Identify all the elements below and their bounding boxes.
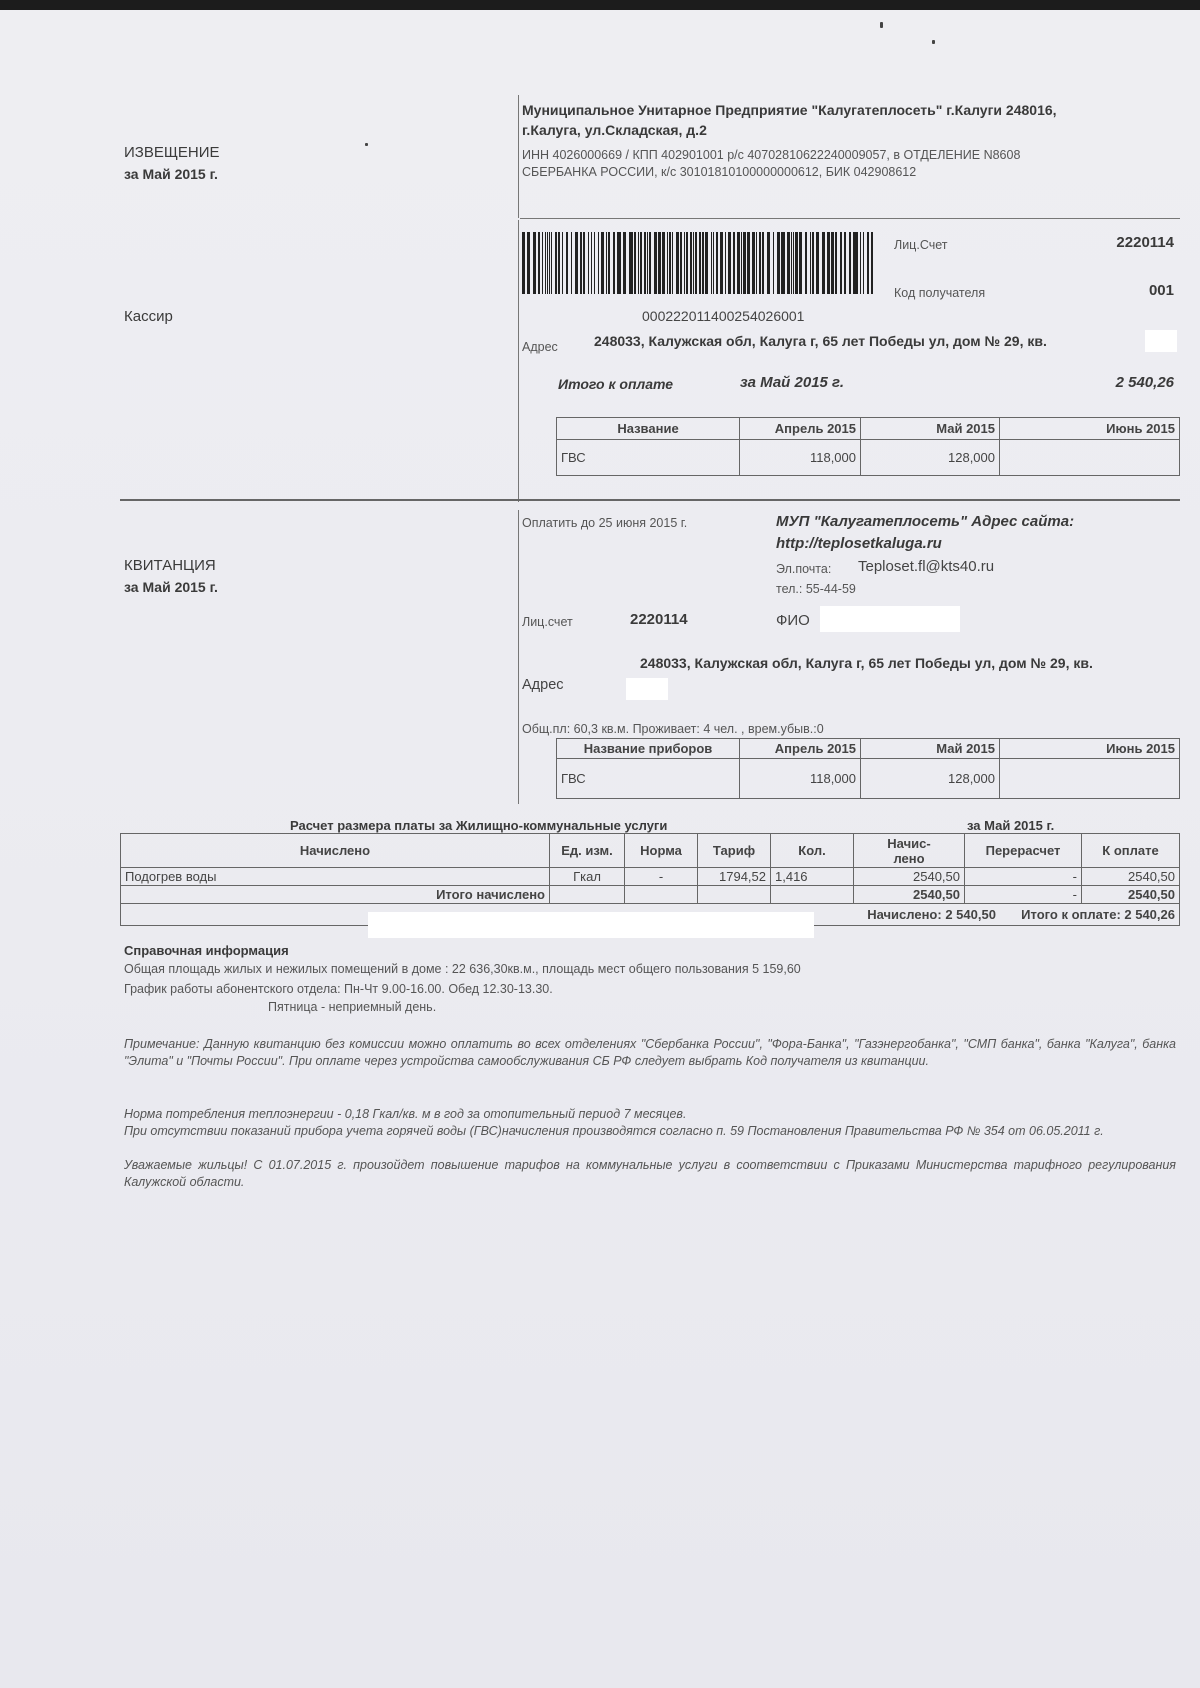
address-label: Адрес [522,340,558,354]
pay-until: Оплатить до 25 июня 2015 г. [522,516,687,530]
col-header: Апрель 2015 [740,418,861,440]
col-header: Начислено [121,834,550,868]
meter-may: 128,000 [861,759,1000,799]
company-bank-details: ИНН 4026000669 / КПП 402901001 р/с 40702… [522,148,1020,162]
cashier-label: Кассир [124,308,173,325]
note-norm: Норма потребления теплоэнергии - 0,18 Гк… [124,1106,1176,1123]
notice-receipt-separator [120,499,1180,501]
section-divider [520,218,1180,219]
col-header: Май 2015 [861,418,1000,440]
total-recalculation: - [965,886,1082,904]
section-divider [518,95,519,218]
total-label: Итого начислено [121,886,550,904]
total-value: 2 540,26 [1116,374,1174,391]
company-name: Муниципальное Унитарное Предприятие "Кал… [522,102,1057,118]
norm: - [625,868,698,886]
redacted-field [368,912,814,938]
email-label: Эл.почта: [776,562,831,576]
meter-april: 118,000 [740,759,861,799]
company-address: г.Калуга, ул.Складская, д.2 [522,122,707,138]
reference-line3: Пятница - неприемный день. [268,1000,436,1014]
col-header: Ед. изм. [550,834,625,868]
summary-accrued: Начислено: 2 540,50 [867,907,996,922]
redacted-apartment [1145,330,1177,352]
org-site-line1: МУП "Калугатеплосеть" Адрес сайта: [776,513,1074,530]
redacted-apartment-2 [626,678,668,700]
meter-name: ГВС [557,759,740,799]
table-row: Подогрев воды Гкал - 1794,52 1,416 2540,… [121,868,1180,886]
notice-title: ИЗВЕЩЕНИЕ [124,144,220,161]
scan-speck [365,143,368,146]
note-payment: Примечание: Данную квитанцию без комисси… [124,1036,1176,1070]
meter-name: ГВС [557,440,740,476]
payment-barcode [522,232,876,294]
col-header: Апрель 2015 [740,739,861,759]
receipt-period: за Май 2015 г. [124,579,218,595]
utility-bill-page: ИЗВЕЩЕНИЕ за Май 2015 г. Кассир КВИТАНЦИ… [0,10,1200,1688]
meter-april: 118,000 [740,440,861,476]
col-header: Май 2015 [861,739,1000,759]
meter-table-top: Название Апрель 2015 Май 2015 Июнь 2015 … [556,417,1180,476]
recalculation: - [965,868,1082,886]
unit: Гкал [550,868,625,886]
redacted-name [820,606,960,632]
recipient-code-value: 001 [1149,282,1174,299]
account-label: Лиц.Счет [894,238,947,252]
scan-speck [880,22,883,28]
account-value: 2220114 [1116,234,1174,251]
meter-june [1000,440,1180,476]
address-value-2: 248033, Калужская обл, Калуга г, 65 лет … [640,655,1093,671]
section-divider [518,510,519,804]
note-meter: При отсутствии показаний прибора учета г… [124,1123,1176,1140]
fio-label: ФИО [776,612,810,629]
account-label-2: Лиц.счет [522,615,573,629]
total-label: Итого к оплате [558,376,673,392]
reference-title: Справочная информация [124,943,289,958]
receipt-title: КВИТАНЦИЯ [124,557,216,574]
total-accrued: 2540,50 [854,886,965,904]
table-total-row: Итого начислено 2540,50 - 2540,50 [121,886,1180,904]
tariff: 1794,52 [698,868,771,886]
calc-period: за Май 2015 г. [967,818,1054,833]
section-divider [518,220,519,502]
col-header: К оплате [1082,834,1180,868]
summary-total: Итого к оплате: 2 540,26 [1021,907,1175,922]
scan-speck [932,40,935,44]
table-row: ГВС 118,000 128,000 [557,440,1180,476]
recipient-code-label: Код получателя [894,286,985,300]
calc-title: Расчет размера платы за Жилищно-коммунал… [290,818,667,833]
empty-cell [698,886,771,904]
notice-period: за Май 2015 г. [124,166,218,182]
col-header: Кол. [771,834,854,868]
table-row: ГВС 118,000 128,000 [557,759,1180,799]
quantity: 1,416 [771,868,854,886]
reference-line1: Общая площадь жилых и нежилых помещений … [124,962,801,976]
org-site-url[interactable]: http://teplosetkaluga.ru [776,535,942,552]
empty-cell [625,886,698,904]
company-bank-details-2: СБЕРБАНКА РОССИИ, к/с 301018101000000006… [522,165,916,179]
col-header: Норма [625,834,698,868]
total-to-pay: 2540,50 [1082,886,1180,904]
phone: тел.: 55-44-59 [776,582,856,596]
col-header: Июнь 2015 [1000,739,1180,759]
barcode-number: 000222011400254026001 [642,308,804,324]
address-value: 248033, Калужская обл, Калуга г, 65 лет … [594,333,1047,349]
reference-line2: График работы абонентского отдела: Пн-Чт… [124,982,553,996]
service-name: Подогрев воды [121,868,550,886]
meter-june [1000,759,1180,799]
email-value[interactable]: Teploset.fl@kts40.ru [858,558,994,575]
total-period: за Май 2015 г. [740,374,844,391]
col-header: Начис- лено [854,834,965,868]
meter-may: 128,000 [861,440,1000,476]
area-info: Общ.пл: 60,3 кв.м. Проживает: 4 чел. , в… [522,722,824,736]
col-header: Июнь 2015 [1000,418,1180,440]
address-label-2: Адрес [522,677,564,693]
meter-table-bottom: Название приборов Апрель 2015 Май 2015 И… [556,738,1180,799]
col-header: Название приборов [557,739,740,759]
empty-cell [771,886,854,904]
accrued: 2540,50 [854,868,965,886]
to-pay: 2540,50 [1082,868,1180,886]
note-tariff-increase: Уважаемые жильцы! С 01.07.2015 г. произо… [124,1157,1176,1191]
col-header: Название [557,418,740,440]
account-value-2: 2220114 [630,611,688,628]
empty-cell [550,886,625,904]
col-header: Тариф [698,834,771,868]
col-header: Перерасчет [965,834,1082,868]
